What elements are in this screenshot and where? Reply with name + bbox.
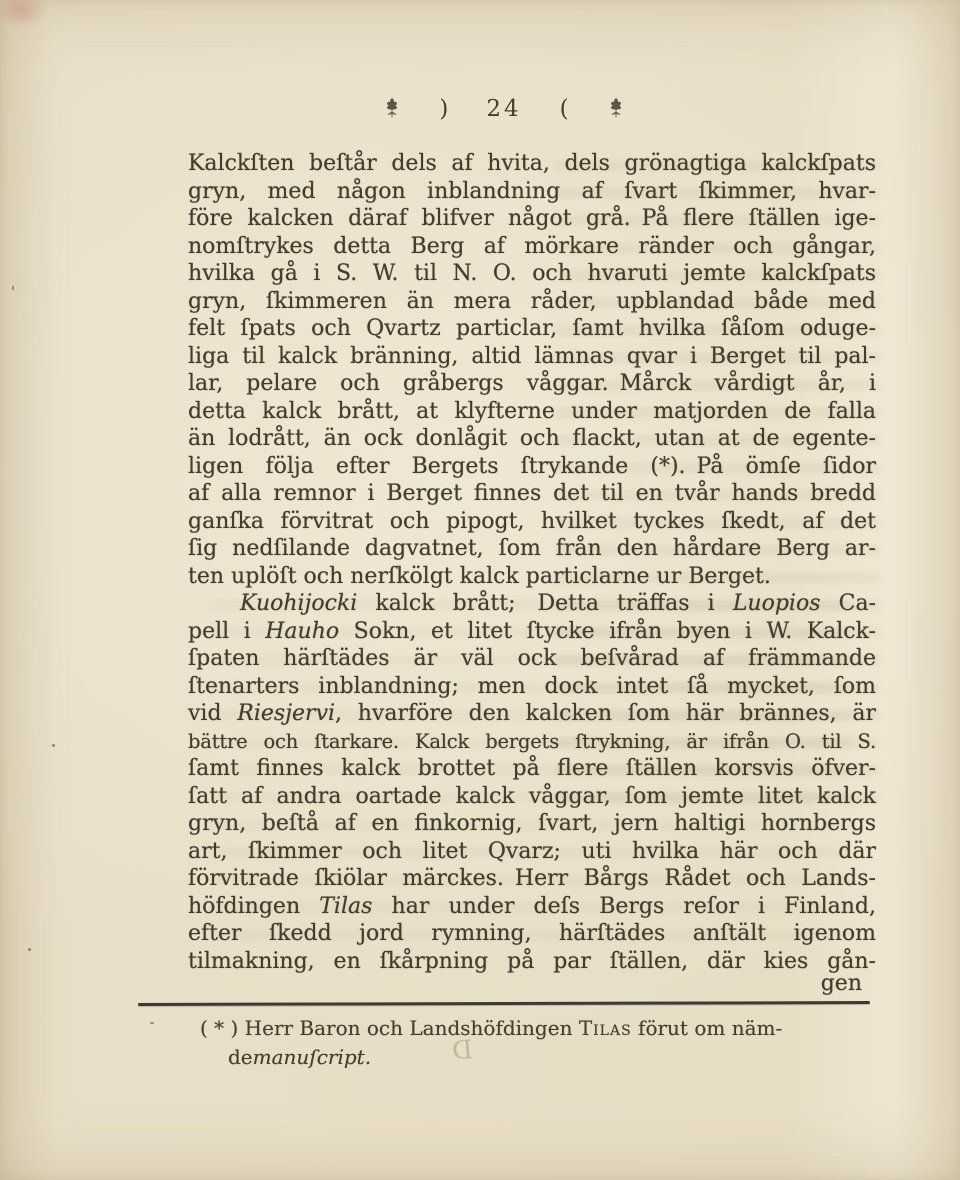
text-line: felt ſpats och Qvartz particlar, ſamt hv… bbox=[188, 315, 876, 343]
text-line: ſamt finnes kalck brottet på flere ſtäll… bbox=[188, 755, 876, 783]
text-line: detta kalck brått, at klyfterne under ma… bbox=[188, 398, 876, 426]
text-line: pell i Hauho Sokn, et litet ſtycke ifrån… bbox=[188, 618, 876, 646]
text-line: gryn, beſtå af en finkornig, ſvart, jern… bbox=[188, 810, 876, 838]
text-line: ſig nedſilande dagvatnet, ſom från den h… bbox=[188, 535, 876, 563]
text-line: höfdingen Tilas har under deſs Bergs reſ… bbox=[188, 893, 876, 921]
fleuron-icon bbox=[607, 98, 625, 120]
text-line: af alla remnor i Berget finnes det til e… bbox=[188, 480, 876, 508]
catchword: gen bbox=[821, 971, 862, 996]
text-line: tilmakning, en ſkårpning på par ſtällen,… bbox=[188, 948, 876, 976]
text-line: nomſtrykes detta Berg af mörkare ränder … bbox=[188, 233, 876, 261]
text-line: art, ſkimmer och litet Qvarz; uti hvilka… bbox=[188, 838, 876, 866]
header-close-bracket: ( bbox=[560, 96, 569, 122]
text-line: ganſka förvitrat och pipogt, hvilket tyc… bbox=[188, 508, 876, 536]
book-page: D ) 24 ( bbox=[0, 0, 960, 1180]
text-line: ſtenarters inblandning; men dock intet ſ… bbox=[188, 673, 876, 701]
text-line: vid Riesjervi, hvarföre den kalcken ſom … bbox=[188, 700, 876, 728]
text-line: ( * ) Herr Baron och Landshöfdingen Tila… bbox=[200, 1014, 872, 1043]
text-line: ligen följa efter Bergets ſtrykande (*).… bbox=[188, 453, 876, 481]
ink-speck bbox=[150, 1022, 154, 1024]
text-line: efter ſkedd jord rymning, härſtädes anſt… bbox=[188, 920, 876, 948]
ink-speck bbox=[52, 744, 55, 747]
page-number: 24 bbox=[486, 96, 521, 122]
text-line: gryn, ſkimmeren än mera råder, upblandad… bbox=[188, 288, 876, 316]
text-line: ſpaten härſtädes är väl ock beſvårad af … bbox=[188, 645, 876, 673]
ink-speck bbox=[28, 948, 31, 951]
text-line: förvitrade ſkiölar märckes. Herr Bårgs R… bbox=[188, 865, 876, 893]
text-line: liga til kalck bränning, altid lämnas qv… bbox=[188, 343, 876, 371]
text-line: gryn, med någon inblandning af ſvart ſki… bbox=[188, 178, 876, 206]
text-line: än lodrått, än ock donlågit och flackt, … bbox=[188, 425, 876, 453]
text-line: hvilka gå i S. W. til N. O. och hvaruti … bbox=[188, 260, 876, 288]
text-line: ten uplöſt och nerſkölgt kalck particlar… bbox=[188, 563, 876, 591]
text-line: demanuſcript. bbox=[228, 1043, 872, 1072]
text-line: lar, pelare och gråbergs våggar. Mårck v… bbox=[188, 370, 876, 398]
header-open-bracket: ) bbox=[439, 96, 448, 122]
main-text: Kalckſten beſtår dels af hvita, dels grö… bbox=[188, 150, 876, 975]
text-line: Kalckſten beſtår dels af hvita, dels grö… bbox=[188, 150, 876, 178]
text-line: före kalcken däraf blifver något grå. På… bbox=[188, 205, 876, 233]
ink-speck bbox=[12, 286, 14, 290]
paper-stain bbox=[0, 0, 56, 34]
fleuron-icon bbox=[383, 98, 401, 120]
footnote: ( * ) Herr Baron och Landshöfdingen Tila… bbox=[200, 1014, 872, 1072]
page-header: ) 24 ( bbox=[160, 96, 848, 122]
text-line: Kuohijocki kalck brått; Detta träffas i … bbox=[188, 590, 876, 618]
text-line: ſatt af andra oartade kalck våggar, ſom … bbox=[188, 783, 876, 811]
text-line: bättre och ſtarkare. Kalck bergets ſtryk… bbox=[188, 728, 876, 756]
footnote-rule bbox=[138, 1001, 870, 1006]
